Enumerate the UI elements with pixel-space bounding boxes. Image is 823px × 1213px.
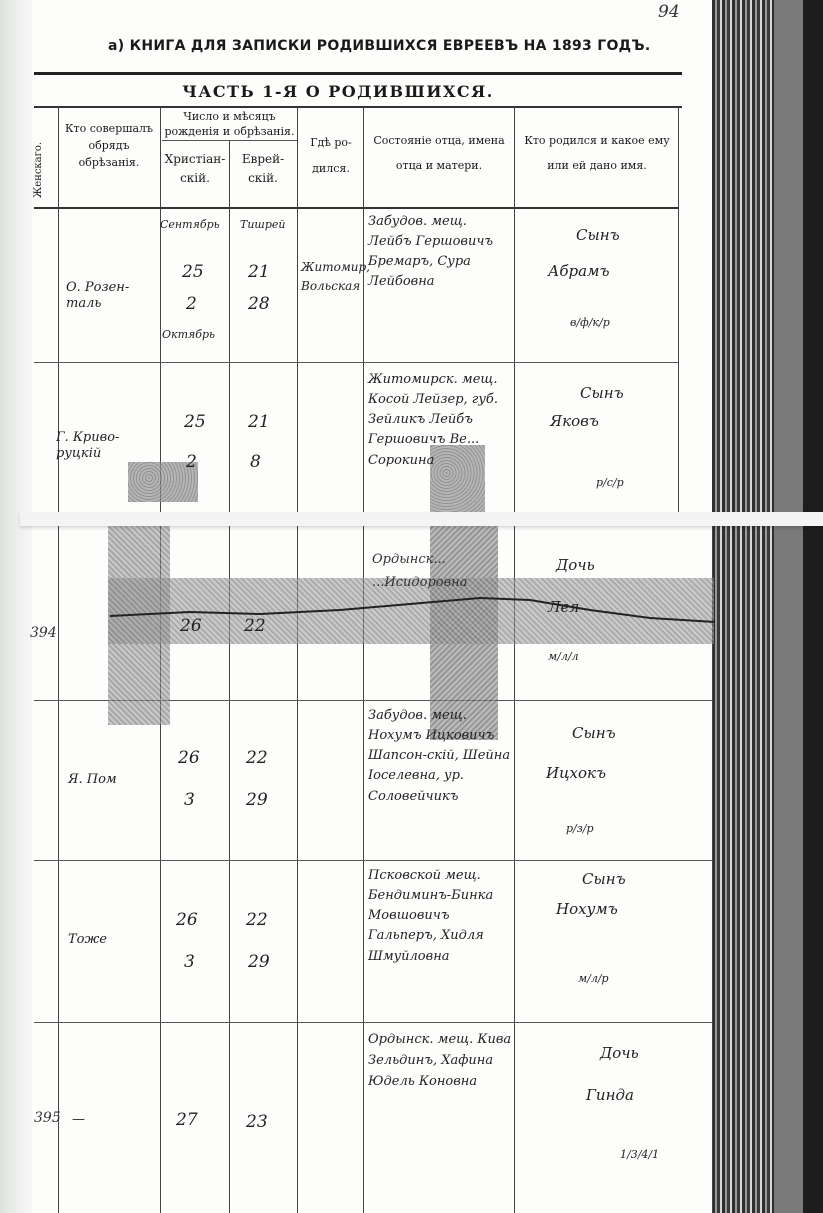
parents-cell: Ордынск. мещ. Кива Зельдинъ, Хафина Юдел… [368,1030,512,1092]
page-number: 94 [658,2,680,22]
parents-cell: Забудов. мещ. Нохумъ Ицковичъ Шапсон-скі… [368,706,512,807]
circumciser-cell: Г. Криво-руцкій [56,430,156,463]
column-divider [678,108,679,513]
header-parents: Состояніе отца, имена отца и матери. [366,128,512,179]
jewish-month: Тишрей [240,218,285,232]
column-divider [514,108,515,1213]
christian-day: 2 [186,294,197,314]
parents-cell: Житомирск. мещ. Косой Лейзер, губ. Зейли… [368,370,512,471]
record-number: 395 [34,1110,61,1126]
jewish-day: 28 [248,294,270,314]
jewish-day: 21 [248,262,270,282]
child-note: м/л/л [548,650,579,664]
child-sex: Дочь [600,1044,639,1063]
place-cell: Житомир, Вольская [301,258,361,296]
header-christian: Христіан-скій. [162,150,228,187]
child-name: Нохумъ [556,900,618,919]
column-divider [297,108,298,1213]
header-child: Кто родился и какое ему или ей дано имя. [517,128,677,179]
christian-day: 2 [186,452,197,472]
page-fold-seam [20,512,823,526]
book-title: а) КНИГА ДЛЯ ЗАПИСКИ РОДИВШИХСЯ ЕВРЕЕВЪ … [108,38,651,54]
row-divider [34,362,678,363]
header-circumciser: Кто совершалъ обрядъ обрѣзанія. [60,120,158,171]
child-sex: Сынъ [572,724,616,743]
child-name: Лея [548,598,579,617]
christian-day: 3 [184,790,195,810]
christian-day: 3 [184,952,195,972]
christian-month: Сентябрь [160,218,220,232]
christian-day: 25 [182,262,204,282]
child-name: Ицхокъ [546,764,606,783]
jewish-day: 29 [248,952,270,972]
christian-day: 25 [184,412,206,432]
header-jewish: Еврей-скій. [230,150,296,187]
header-rule [34,106,682,108]
parents-cell: Забудов. мещ. Лейбъ Гершовичъ Бремаръ, С… [368,212,512,293]
circumciser-cell: Тоже [68,932,158,948]
row-divider [34,1022,712,1023]
christian-day: 26 [180,616,202,636]
book-page-edges [712,0,823,1213]
date-subheader-rule [162,140,297,141]
christian-month: Октябрь [162,328,215,342]
jewish-day: 22 [244,616,266,636]
child-name: Гинда [586,1086,634,1105]
record-number: 394 [30,625,57,641]
circumciser-cell: О. Розен-таль [66,280,158,313]
child-note: в/ф/к/р [570,316,610,330]
child-sex: Сынъ [580,384,624,403]
title-rule [34,72,682,75]
jewish-day: 29 [246,790,268,810]
header-female: Женскаго. [33,140,55,200]
circumciser-cell: — [72,1112,152,1128]
circumciser-cell: Я. Пом [68,772,158,788]
christian-day: 26 [178,748,200,768]
child-note: р/з/р [566,822,594,836]
header-place: Гдѣ ро-дился. [300,130,362,183]
child-sex: Дочь [556,556,595,575]
header-bottom-rule [34,207,678,209]
child-name: Яковъ [550,412,599,431]
book-left-margin [0,0,32,1213]
child-note: 1/3/4/1 [620,1148,659,1162]
jewish-day: 22 [246,748,268,768]
child-note: р/с/р [596,476,624,490]
jewish-day: 21 [248,412,270,432]
part-title: ЧАСТЬ 1-Я О РОДИВШИХСЯ. [148,82,528,101]
jewish-day: 22 [246,910,268,930]
row-divider [34,860,712,861]
child-sex: Сынъ [576,226,620,245]
column-divider [229,140,230,1213]
child-sex: Сынъ [582,870,626,889]
christian-day: 27 [176,1110,198,1130]
parents-cell: Ордынск... ...Исидоровна [372,548,512,595]
parents-cell: Псковской мещ. Бендиминъ-Бинка Мовшовичъ… [368,866,512,967]
child-name: Абрамъ [548,262,610,281]
christian-day: 26 [176,910,198,930]
jewish-day: 8 [250,452,261,472]
child-note: м/л/р [578,972,609,986]
header-date-group: Число и мѣсяцъ рожденія и обрѣзанія. [162,110,297,140]
jewish-day: 23 [246,1112,268,1132]
column-divider [58,108,59,1213]
